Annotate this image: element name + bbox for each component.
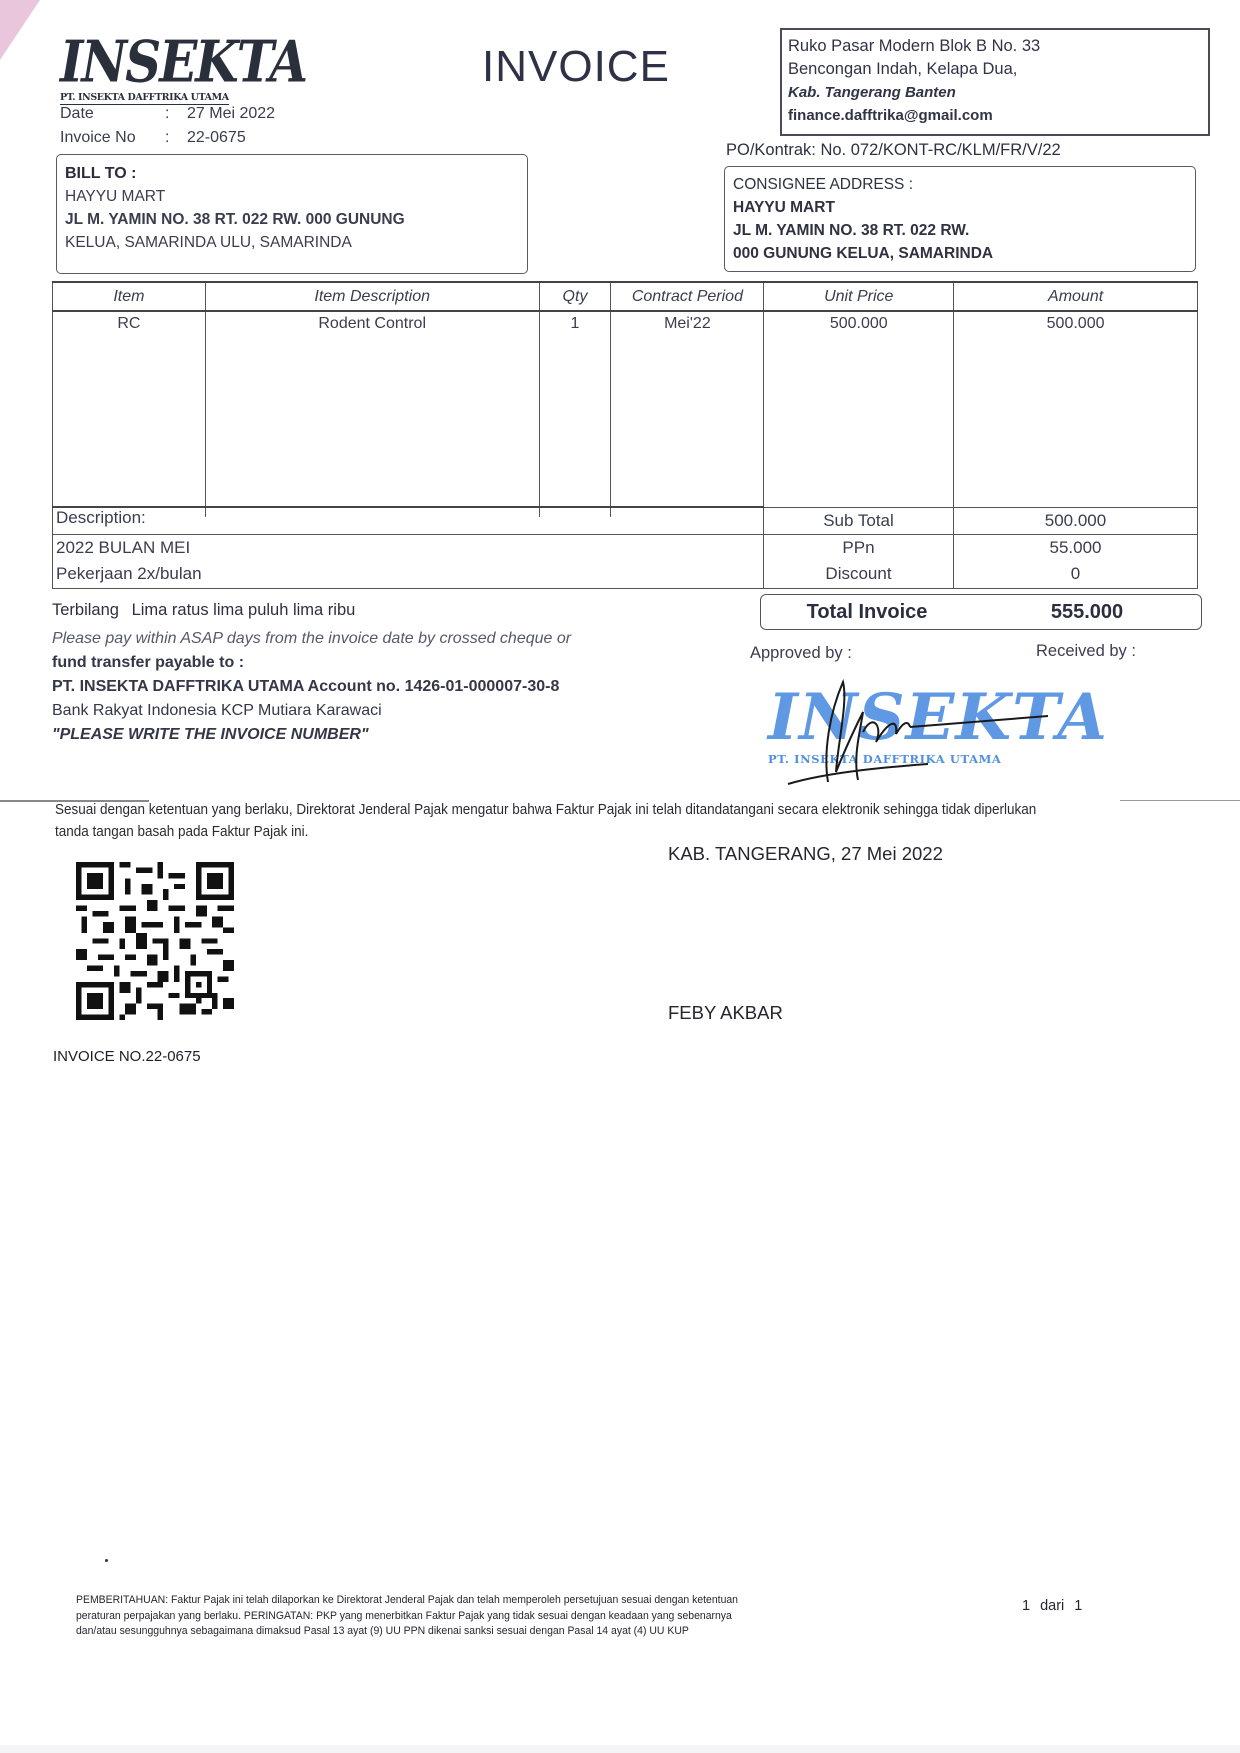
ppn-value: 55.000: [954, 534, 1198, 561]
summary-table: Description: Sub Total 500.000 2022 BULA…: [52, 506, 1198, 589]
bill-to-address-2: KELUA, SAMARINDA ULU, SAMARINDA: [65, 231, 519, 254]
empty-cell: [954, 339, 1198, 517]
cell-unit-price: 500.000: [764, 311, 954, 339]
consignee-label: CONSIGNEE ADDRESS :: [733, 173, 1187, 196]
company-email: finance.dafftrika@gmail.com: [788, 104, 1202, 127]
header-unit-price: Unit Price: [764, 282, 954, 311]
table-header-row: Item Item Description Qty Contract Perio…: [53, 282, 1198, 311]
bill-to-label: BILL TO :: [65, 162, 519, 185]
page-corner-fold: [0, 0, 40, 60]
address-line-3: Kab. Tangerang Banten: [788, 81, 1202, 104]
subtotal-row: Description: Sub Total 500.000: [53, 507, 1198, 534]
consignee-box: CONSIGNEE ADDRESS : HAYYU MART JL M. YAM…: [724, 166, 1196, 272]
total-invoice-box: Total Invoice 555.000: [760, 594, 1202, 630]
received-by-label: Received by :: [1036, 642, 1136, 661]
empty-cell: [764, 339, 954, 517]
amount-in-words: Terbilang Lima ratus lima puluh lima rib…: [52, 601, 355, 620]
cell-description: Rodent Control: [205, 311, 539, 339]
discount-row: Pekerjaan 2x/bulan Discount 0: [53, 561, 1198, 588]
invoice-no-label: Invoice No: [60, 129, 165, 147]
date-row: Date : 27 Mei 2022: [60, 102, 275, 126]
ppn-label: PPn: [764, 534, 954, 561]
discount-value: 0: [954, 561, 1198, 588]
signer-name: FEBY AKBAR: [668, 1002, 783, 1024]
description-label: Description:: [53, 507, 764, 534]
consignee-name: HAYYU MART: [733, 196, 1187, 219]
approved-by-label: Approved by :: [750, 644, 852, 663]
payment-line-2: fund transfer payable to :: [52, 651, 571, 675]
payment-line-1: Please pay within ASAP days from the inv…: [52, 627, 571, 651]
items-table: Item Item Description Qty Contract Perio…: [52, 281, 1198, 517]
empty-cell: [611, 339, 764, 517]
stray-mark: [105, 1559, 108, 1562]
date-value: 27 Mei 2022: [187, 105, 275, 123]
page-indicator: 1 dari 1: [1022, 1598, 1082, 1614]
payment-account: PT. INSEKTA DAFFTRIKA UTAMA Account no. …: [52, 675, 571, 699]
payment-bank: Bank Rakyat Indonesia KCP Mutiara Karawa…: [52, 699, 571, 723]
bill-to-address-1: JL M. YAMIN NO. 38 RT. 022 RW. 000 GUNUN…: [65, 208, 519, 231]
colon: :: [165, 105, 187, 123]
document-title: INVOICE: [482, 42, 670, 92]
total-label: Total Invoice: [761, 601, 973, 624]
qr-invoice-label: INVOICE NO.22-0675: [53, 1048, 201, 1065]
colon: :: [165, 129, 187, 147]
header-description: Item Description: [205, 282, 539, 311]
cell-amount: 500.000: [954, 311, 1198, 339]
header-amount: Amount: [954, 282, 1198, 311]
cell-period: Mei'22: [611, 311, 764, 339]
page-bottom-edge: [0, 1745, 1240, 1753]
table-row: RC Rodent Control 1 Mei'22 500.000 500.0…: [53, 311, 1198, 339]
payment-instructions: Please pay within ASAP days from the inv…: [52, 627, 571, 747]
qr-code-icon: [75, 862, 235, 1020]
subtotal-label: Sub Total: [764, 507, 954, 534]
place-and-date: KAB. TANGERANG, 27 Mei 2022: [668, 843, 943, 865]
cell-qty: 1: [539, 311, 611, 339]
ppn-row: 2022 BULAN MEI PPn 55.000: [53, 534, 1198, 561]
header-contract-period: Contract Period: [611, 282, 764, 311]
empty-cell: [205, 339, 539, 517]
terbilang-value: Lima ratus lima puluh lima ribu: [132, 601, 356, 619]
table-empty-space: [53, 339, 1198, 517]
payment-reminder: "PLEASE WRITE THE INVOICE NUMBER": [52, 723, 571, 747]
discount-label: Discount: [764, 561, 954, 588]
company-logo: INSEKTA PT. INSEKTA DAFFTRIKA UTAMA: [60, 32, 240, 105]
company-address-box: Ruko Pasar Modern Blok B No. 33 Benconga…: [780, 28, 1210, 136]
empty-cell: [53, 339, 206, 517]
company-stamp: INSEKTA PT. INSEKTA DAFFTRIKA UTAMA: [768, 672, 1068, 792]
tear-line: [1120, 800, 1240, 801]
date-label: Date: [60, 105, 165, 123]
tax-electronic-signature-note: Sesuai dengan ketentuan yang berlaku, Di…: [55, 799, 1059, 843]
logo-wordmark: INSEKTA: [60, 32, 240, 92]
invoice-no-row: Invoice No : 22-0675: [60, 126, 275, 150]
header-qty: Qty: [539, 282, 611, 311]
signature-icon: [768, 672, 1068, 792]
address-line-2: Bencongan Indah, Kelapa Dua,: [788, 58, 1202, 81]
bill-to-box: BILL TO : HAYYU MART JL M. YAMIN NO. 38 …: [56, 154, 528, 274]
total-value: 555.000: [973, 601, 1201, 624]
description-line-1: 2022 BULAN MEI: [53, 534, 764, 561]
po-contract-number: PO/Kontrak: No. 072/KONT-RC/KLM/FR/V/22: [726, 141, 1061, 160]
cell-item: RC: [53, 311, 206, 339]
invoice-meta: Date : 27 Mei 2022 Invoice No : 22-0675: [60, 102, 275, 150]
terbilang-label: Terbilang: [52, 601, 119, 619]
invoice-no-value: 22-0675: [187, 129, 246, 147]
bill-to-name: HAYYU MART: [65, 185, 519, 208]
address-line-1: Ruko Pasar Modern Blok B No. 33: [788, 35, 1202, 58]
header-item: Item: [53, 282, 206, 311]
tax-footer-notice: PEMBERITAHUAN: Faktur Pajak ini telah di…: [76, 1593, 741, 1640]
empty-cell: [539, 339, 611, 517]
description-line-2: Pekerjaan 2x/bulan: [53, 561, 764, 588]
consignee-address-1: JL M. YAMIN NO. 38 RT. 022 RW.: [733, 219, 1187, 242]
subtotal-value: 500.000: [954, 507, 1198, 534]
consignee-address-2: 000 GUNUNG KELUA, SAMARINDA: [733, 242, 1187, 265]
